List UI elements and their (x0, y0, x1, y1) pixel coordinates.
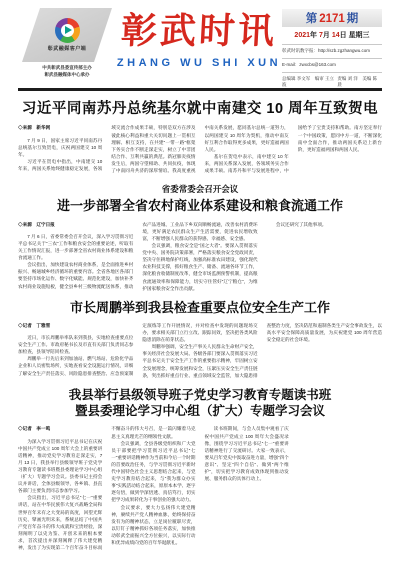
paragraph: 7 月 9 日，国家主席习近平同南苏丹总统基尔互致贺电，庆祝两国建交 10 周年… (18, 137, 102, 158)
masthead: 彰武融媒客户端 中共彰武县委宣传部主办 彰武县融媒体中心承办 彰武时讯 ZHAN… (18, 8, 382, 86)
date-line: 2021年 7月 14日 星期三 (282, 30, 382, 40)
issue-number-line: 第2171期 (282, 9, 382, 27)
article-provincial-committee: 省委常委会召开会议 进一步部署全省农村商业体系建设和粮食流通工作 ◇来源 辽宁日… (18, 183, 382, 294)
article-byline: ◇记者 丁雅雪 (18, 322, 133, 329)
digital-paper-line: 彰武时讯数字报：http://szb.zgzhangwu.com (282, 44, 382, 54)
issue-prefix: 第 (306, 13, 318, 25)
article-byline: ◇记者 李一鸣 (18, 425, 102, 432)
email-line: E-mail：zwxcbs@163.com (282, 58, 382, 68)
article-byline: ◇来源 辽宁日报 (18, 221, 133, 228)
front-page-content: 习近平同南苏丹总统基尔就中南建交 10 周年互致贺电 ◇来源 新华网 7 月 9… (18, 91, 382, 557)
newspaper-page: 彰武融媒客户端 中共彰武县委宣传部主办 彰武县融媒体中心承办 彰武时讯 ZHAN… (0, 0, 400, 567)
paragraph: 会议还研究了其他事项。 (267, 221, 382, 228)
logo-block: 彰武融媒客户端 中共彰武县委宣传部主办 彰武县融媒体中心承办 (18, 8, 116, 79)
article-title: 习近平同南苏丹总统基尔就中南建交 10 周年互致贺电 (18, 101, 382, 118)
article-title: 我县举行县级领导班子党史学习教育专题读书班 暨县委理论学习中心组（扩大）专题学习… (18, 387, 382, 420)
issue-number: 2171 (317, 13, 347, 25)
article-mayor-inspection: 市长周鹏举到我县检查重要点位安全生产工作 ◇记者 丁雅雪 近日，市长周鹏举率队来… (18, 300, 382, 382)
article-kicker: 省委常委会召开会议 (18, 183, 382, 195)
logo-caption: 彰武融媒客户端 (48, 45, 87, 52)
article-body: ◇来源 新华网 7 月 9 日，国家主席习近平同南苏丹总统基尔互致贺电，庆祝两国… (18, 124, 382, 178)
paragraph: 会议强调，粮食安全是“国之大者”。要深入贯彻落实党中央、国务院决策部署，严格落实… (142, 242, 257, 292)
article-title: 进一步部署全省农村商业体系建设和粮食流通工作 (18, 198, 382, 214)
article-party-history-study: 我县举行县级领导班子党史学习教育专题读书班 暨县委理论学习中心组（扩大）专题学习… (18, 387, 382, 558)
paragraph: 7 月 6 日，省委常委会召开会议，深入学习贯彻习近平总书记关于“三农”工作和粮… (18, 233, 133, 261)
newspaper-title-pinyin: ZHANG WU SHI XUN (116, 57, 282, 69)
issue-suffix: 期 (347, 13, 359, 25)
logo-ribbon: 彰武融媒客户端 (22, 8, 112, 62)
article-xi-south-sudan: 习近平同南苏丹总统基尔就中南建交 10 周年互致贺电 ◇来源 新华网 7 月 9… (18, 101, 382, 178)
organizer-lines: 中共彰武县委宣传部主办 彰武县融媒体中心承办 (42, 65, 92, 79)
organizer-line-2: 彰武县融媒体中心承办 (42, 72, 92, 79)
paragraph: 读书班期间，与会人员集中观看了庆祝中国共产党成立 100 周年大会盛况录像，围绕… (205, 425, 289, 482)
staff-line-1: 总编辑 李文军 编审 王立波 (282, 76, 337, 88)
paragraph: 会议强调，全县各级党组织和广大党员干部要把学习贯彻习近平总书记“七一”重要讲话精… (111, 440, 195, 504)
article-body: ◇记者 丁雅雪 近日，市长周鹏举率队来到我县，实地检查重要点位安全生产工作。市政… (18, 322, 382, 382)
article-title-line-2: 暨县委理论学习中心组（扩大）专题学习会议 (18, 403, 382, 419)
staff-line-2: 责编 刘 洋 美编 陈 晨 (337, 76, 382, 88)
article-byline: ◇来源 新华网 (18, 124, 102, 131)
staff-credits: 总编辑 李文军 编审 王立波 责编 刘 洋 美编 陈 晨 (282, 72, 382, 88)
article-body: ◇来源 辽宁日报 7 月 6 日，省委常委会召开会议，深入学习贯彻习近平总书记关… (18, 221, 382, 295)
weekday: 星期三 (349, 32, 370, 39)
article-title-line-1: 我县举行县级领导班子党史学习教育专题读书班 (18, 387, 382, 403)
masthead-title-block: 彰武时讯 ZHANG WU SHI XUN (116, 8, 282, 69)
article-title: 市长周鹏举到我县检查重要点位安全生产工作 (18, 300, 382, 316)
organizer-line-1: 中共彰武县委宣传部主办 (42, 65, 92, 72)
newspaper-title: 彰武时讯 (115, 12, 283, 52)
media-app-logo-icon (55, 18, 80, 43)
paragraph: 会议要求，要大力弘扬伟大建党精神，赓续共产党人精神血脉，始终保持奋发有为的精神状… (111, 504, 195, 547)
paragraph: 为深入学习贯彻习近平总书记在庆祝中国共产党成立 100 周年大会上的重要讲话精神… (18, 438, 102, 495)
paragraph: 近日，市长周鹏举率队来到我县，实地检查重要点位安全生产工作。市政府秘书长及市直有… (18, 334, 133, 355)
article-body: ◇记者 李一鸣 为深入学习贯彻习近平总书记在庆祝中国共产党成立 100 周年大会… (18, 425, 382, 557)
issue-info-block: 第2171期 2021年 7月 14日 星期三 彰武时讯数字报：http://s… (282, 8, 382, 88)
